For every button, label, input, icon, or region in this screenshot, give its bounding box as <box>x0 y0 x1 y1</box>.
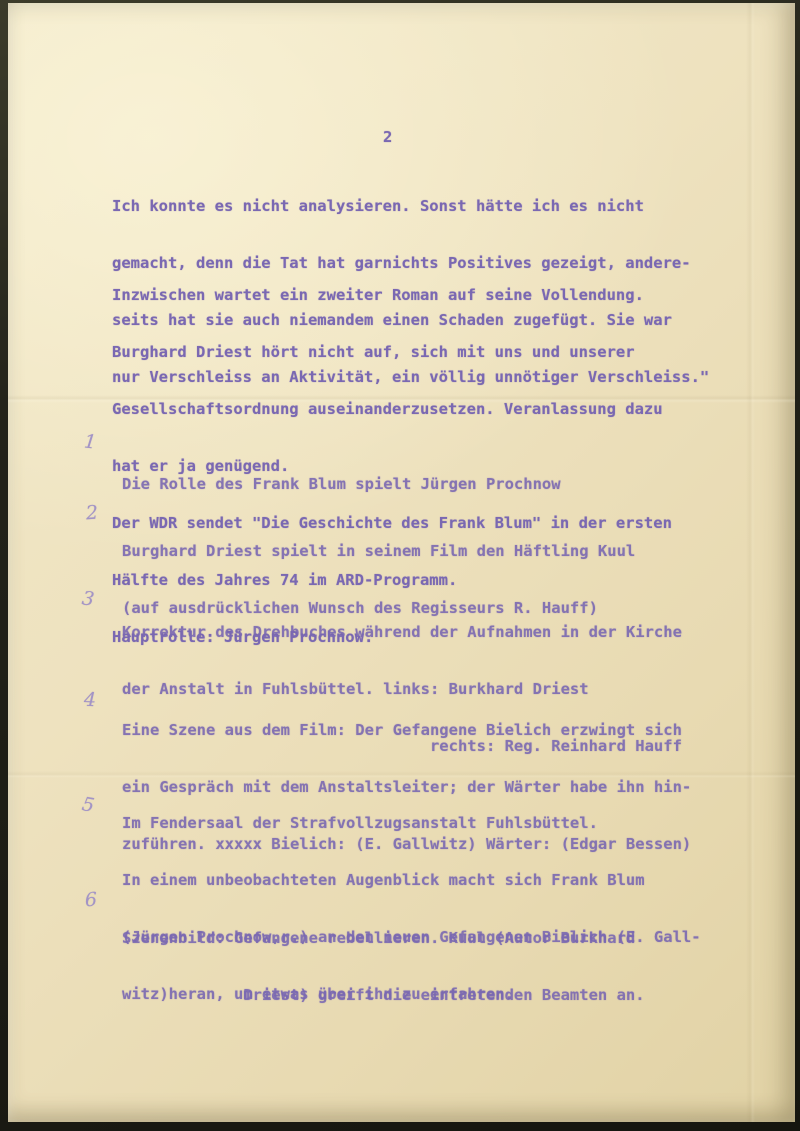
item-number-6: 6 <box>85 891 98 911</box>
typed-line: Gesellschaftsordnung auseinanderzusetzen… <box>112 400 672 419</box>
typed-line: Die Rolle des Frank Blum spielt Jürgen P… <box>122 475 561 494</box>
typed-line: Driest) greift die eintretenden Beamten … <box>122 986 645 1005</box>
typed-line: Burghard Driest hört nicht auf, sich mit… <box>112 343 672 362</box>
typed-line: Korrektur des Drehbuches während der Auf… <box>122 623 682 642</box>
typed-line: Im Fendersaal der Strafvollzugsanstalt F… <box>122 814 701 833</box>
typed-line: Szenenbild: Gefangene rebellieren. Kuul … <box>122 929 645 948</box>
typed-line: Burghard Driest spielt in seinem Film de… <box>122 542 635 561</box>
typed-line: Ich konnte es nicht analysieren. Sonst h… <box>112 197 709 216</box>
item-number-2: 2 <box>85 504 98 524</box>
document-page: 2 Ich konnte es nicht analysieren. Sonst… <box>8 3 795 1122</box>
typed-line: Eine Szene aus dem Film: Der Gefangene B… <box>122 721 691 740</box>
typed-line: Inzwischen wartet ein zweiter Roman auf … <box>112 286 672 305</box>
paper-crease <box>746 3 755 1122</box>
item-number-1: 1 <box>83 432 97 452</box>
item-number-3: 3 <box>81 589 96 609</box>
photograph-background: 2 Ich konnte es nicht analysieren. Sonst… <box>0 0 800 1131</box>
typed-line: In einem unbeobachteten Augenblick macht… <box>122 871 701 890</box>
caption-item-6: Szenenbild: Gefangene rebellieren. Kuul … <box>122 891 645 1043</box>
item-number-4: 4 <box>84 691 97 710</box>
item-number-5: 5 <box>80 795 95 816</box>
page-number: 2 <box>383 128 392 147</box>
